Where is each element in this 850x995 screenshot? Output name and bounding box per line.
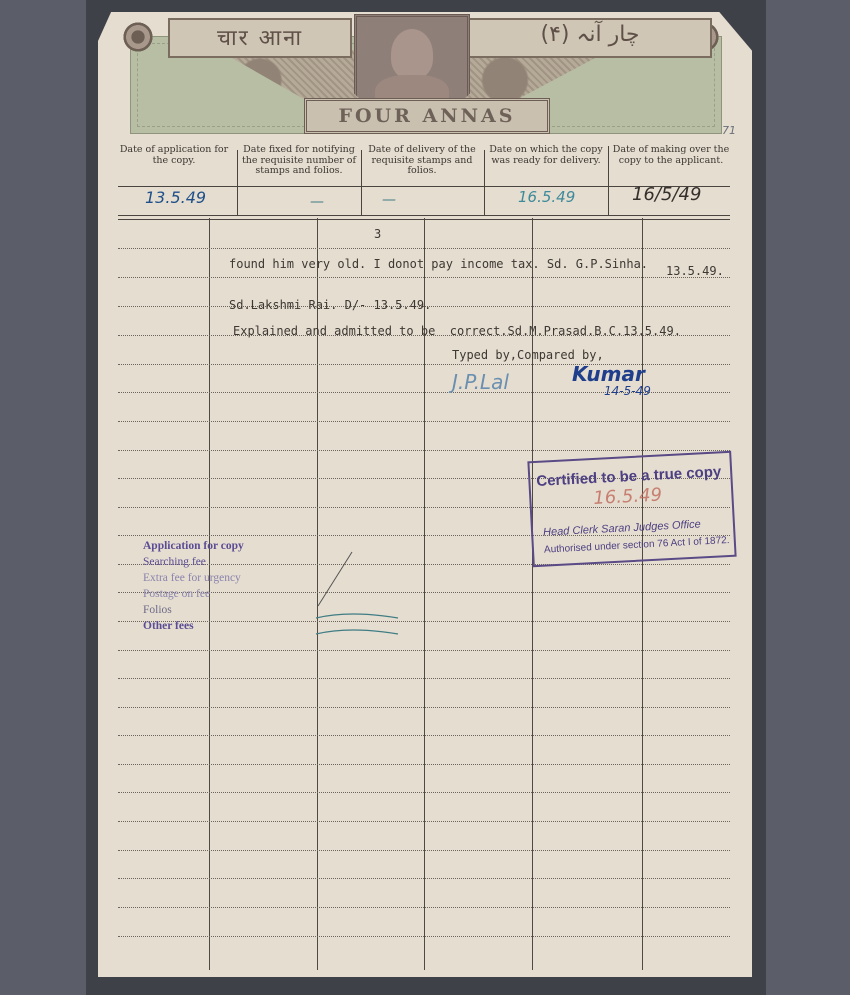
fee-line-postage: Postage on fee — [143, 588, 210, 600]
dotted-rule — [118, 764, 730, 765]
header-divider — [484, 150, 485, 216]
copy-ready-date-value: 16.5.49 — [518, 188, 575, 206]
dotted-rule — [118, 421, 730, 422]
dotted-rule — [118, 707, 730, 708]
stamp-denomination: FOUR ANNAS — [304, 98, 550, 134]
application-date-value: 13.5.49 — [145, 188, 206, 207]
dotted-rule — [118, 277, 730, 278]
typed-line-4: Typed by,Compared by, — [452, 348, 604, 362]
fee-line-folios: Folios — [143, 604, 172, 616]
dotted-rule — [118, 936, 730, 937]
stamp-ornament-left-icon — [118, 20, 158, 54]
header-making-over-date: Date of making over the copy to the appl… — [612, 145, 730, 187]
revenue-stamp: चार आना چار آنہ (۴) FOUR ANNAS — [118, 14, 724, 132]
dotted-rule — [118, 678, 730, 679]
header-bottom-rule — [118, 215, 730, 216]
page-number: 71 — [722, 124, 736, 137]
stamp-hindi-text: चार आना — [170, 22, 350, 52]
dotted-rule — [118, 650, 730, 651]
stamp-hindi-banner: चार आना — [168, 18, 352, 58]
dotted-rule — [118, 878, 730, 879]
dotted-rule — [118, 564, 730, 565]
dotted-rule — [118, 850, 730, 851]
dotted-rule — [118, 821, 730, 822]
fee-line-application: Application for copy — [143, 540, 244, 552]
typed-line-2: Sd.Lakshmi Rai. D/- 13.5.49. — [229, 298, 431, 312]
fee-scribble-icon — [310, 550, 410, 650]
header-divider — [361, 150, 362, 216]
stamp-urdu-text: چار آنہ (۴) — [470, 22, 710, 47]
dotted-rule — [118, 735, 730, 736]
typed-line-1: found him very old. I donot pay income t… — [229, 257, 648, 271]
header-copy-ready-date: Date on which the copy was ready for del… — [488, 145, 604, 187]
making-over-date-value: 16/5/49 — [632, 184, 701, 205]
header-divider — [237, 150, 238, 216]
cert-handwritten-date: 16.5.49 — [593, 484, 663, 509]
header-notify-date: Date fixed for notifying the requisite n… — [240, 145, 358, 187]
dotted-rule — [118, 907, 730, 908]
typed-line-1-date: 13.5.49. — [666, 264, 724, 278]
stamp-urdu-banner: چار آنہ (۴) — [468, 18, 712, 58]
sheet-number: 3 — [374, 227, 381, 241]
dotted-rule — [118, 792, 730, 793]
comparer-signature: Kumar — [572, 362, 645, 386]
cert-authority: Authorised under section 76 Act I of 187… — [544, 535, 730, 556]
header-divider — [608, 146, 609, 216]
comparer-date: 14-5-49 — [604, 384, 651, 398]
header-application-date: Date of application for the copy. — [118, 145, 230, 187]
cert-office: Head Clerk Saran Judges Office — [543, 518, 701, 538]
dotted-rule — [118, 248, 730, 249]
fee-line-urgency: Extra fee for urgency — [143, 572, 241, 584]
header-delivery-stamps-date: Date of delivery of the requisite stamps… — [365, 145, 479, 187]
certification-stamp: Certified to be a true copy 16.5.49 Head… — [527, 451, 736, 568]
notify-date-value: — — [310, 194, 324, 210]
dotted-rule — [118, 450, 730, 451]
typed-line-3: Explained and admitted to be correct.Sd.… — [233, 324, 681, 338]
typist-signature: J.P.Lal — [452, 370, 509, 394]
fee-line-other: Other fees — [143, 620, 194, 632]
fee-line-searching: Searching fee — [143, 556, 206, 568]
delivery-stamps-date-value: — — [382, 192, 396, 208]
dotted-rule — [118, 621, 730, 622]
